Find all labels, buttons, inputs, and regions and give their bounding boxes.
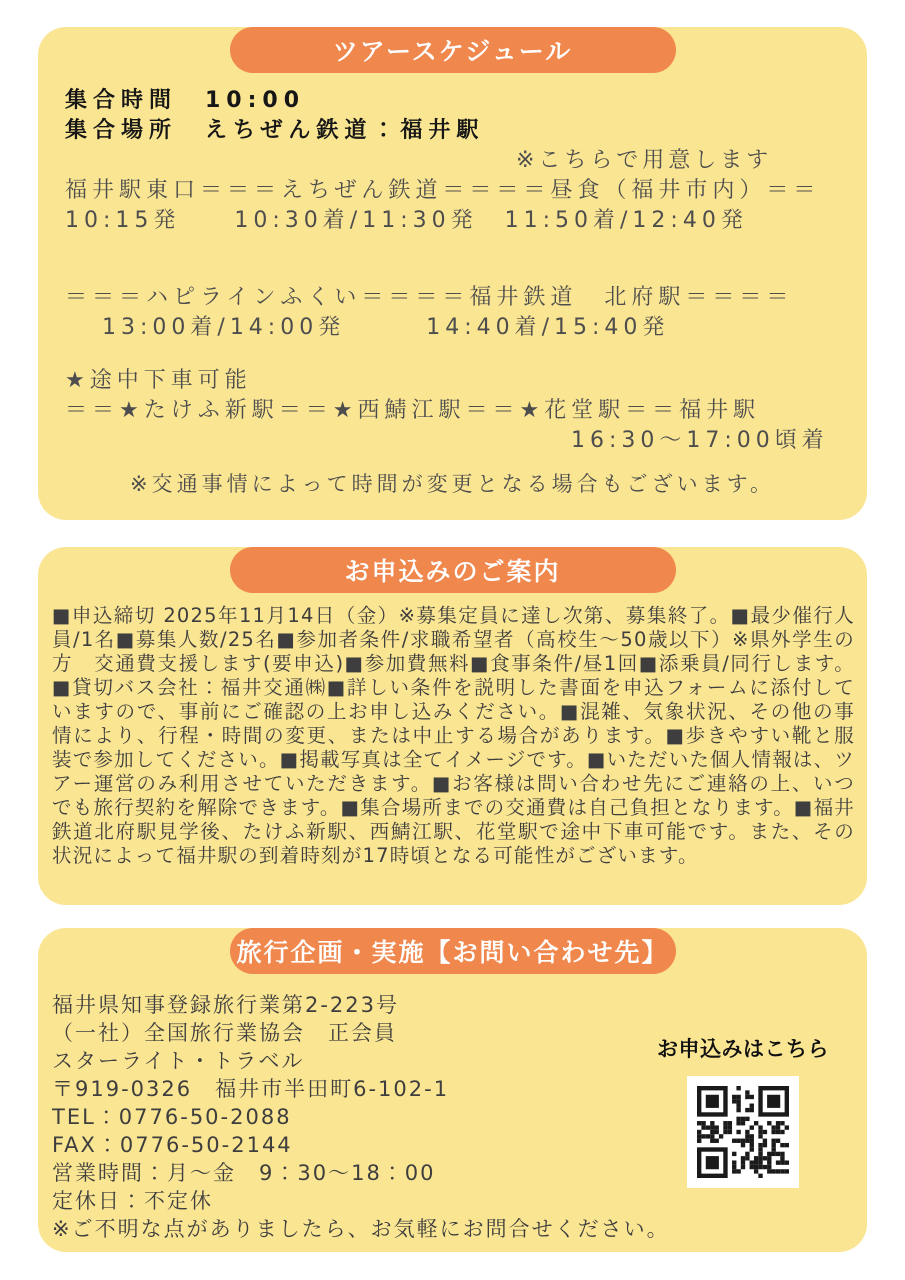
tour-schedule-panel: ツアースケジュール 集合時間 10:00 集合場所 えちぜん鉄道：福井駅 ※こち… [38, 27, 867, 520]
tour-schedule-header: ツアースケジュール [230, 27, 676, 73]
contact-title: 旅行企画・実施【お問い合わせ先】 [236, 933, 668, 969]
schedule-disclaimer: ※交通事情によって時間が変更となる場合もございます。 [38, 469, 867, 499]
leg1-route-line: 福井駅東口＝＝＝えちぜん鉄道＝＝＝＝昼食（福井市内）＝＝ [38, 176, 867, 206]
qr-code-icon [697, 1086, 789, 1178]
apply-qr-block: お申込みはこちら [653, 1036, 833, 1188]
contact-footer-note: ※ご不明な点がありましたら、お気軽にお問合せください。 [52, 1215, 652, 1243]
tel-line: TEL：0776-50-2088 [52, 1103, 652, 1131]
leg3-times-line: 16:30～17:00頃着 [38, 426, 867, 456]
leg1-times-line: 10:15発 10:30着/11:30発 11:50着/12:40発 [38, 206, 867, 236]
application-terms-text: ■申込締切 2025年11月14日（金）※募集定員に達し次第、募集終了。■最少催… [38, 593, 867, 868]
flyer: { "colors": { "page_bg": "#ffffff", "pan… [0, 0, 905, 1280]
leg3-route-line: ＝＝★たけふ新駅＝＝★西鯖江駅＝＝★花堂駅＝＝福井駅 [38, 396, 867, 426]
tour-schedule-title: ツアースケジュール [333, 32, 573, 68]
company-name-line: スターライト・トラベル [52, 1047, 652, 1075]
contact-header: 旅行企画・実施【お問い合わせ先】 [230, 928, 676, 974]
qr-frame [687, 1076, 799, 1188]
application-panel: お申込みのご案内 ■申込締切 2025年11月14日（金）※募集定員に達し次第、… [38, 547, 867, 905]
stopover-note-line: ★途中下車可能 [38, 366, 867, 396]
leg2-route-line: ＝＝＝ハピラインふくい＝＝＝＝福井鉄道 北府駅＝＝＝＝ [38, 283, 867, 313]
application-title: お申込みのご案内 [344, 552, 560, 588]
address-line: 〒919-0326 福井市半田町6-102-1 [52, 1075, 652, 1103]
fax-line: FAX：0776-50-2144 [52, 1131, 652, 1159]
meeting-time-line: 集合時間 10:00 [38, 86, 867, 116]
lunch-provided-note: ※こちらで用意します [38, 146, 867, 176]
contact-panel: 旅行企画・実施【お問い合わせ先】 福井県知事登録旅行業第2-223号 （一社）全… [38, 928, 867, 1252]
leg2-times-line: 13:00着/14:00発 14:40着/15:40発 [38, 313, 867, 343]
license-number-line: 福井県知事登録旅行業第2-223号 [52, 991, 652, 1019]
application-header: お申込みのご案内 [230, 547, 676, 593]
meeting-place-line: 集合場所 えちぜん鉄道：福井駅 [38, 116, 867, 146]
closed-days-line: 定休日：不定休 [52, 1187, 652, 1215]
qr-label: お申込みはこちら [653, 1036, 833, 1062]
association-line: （一社）全国旅行業協会 正会員 [52, 1019, 652, 1047]
business-hours-line: 営業時間：月～金 9：30～18：00 [52, 1159, 652, 1187]
